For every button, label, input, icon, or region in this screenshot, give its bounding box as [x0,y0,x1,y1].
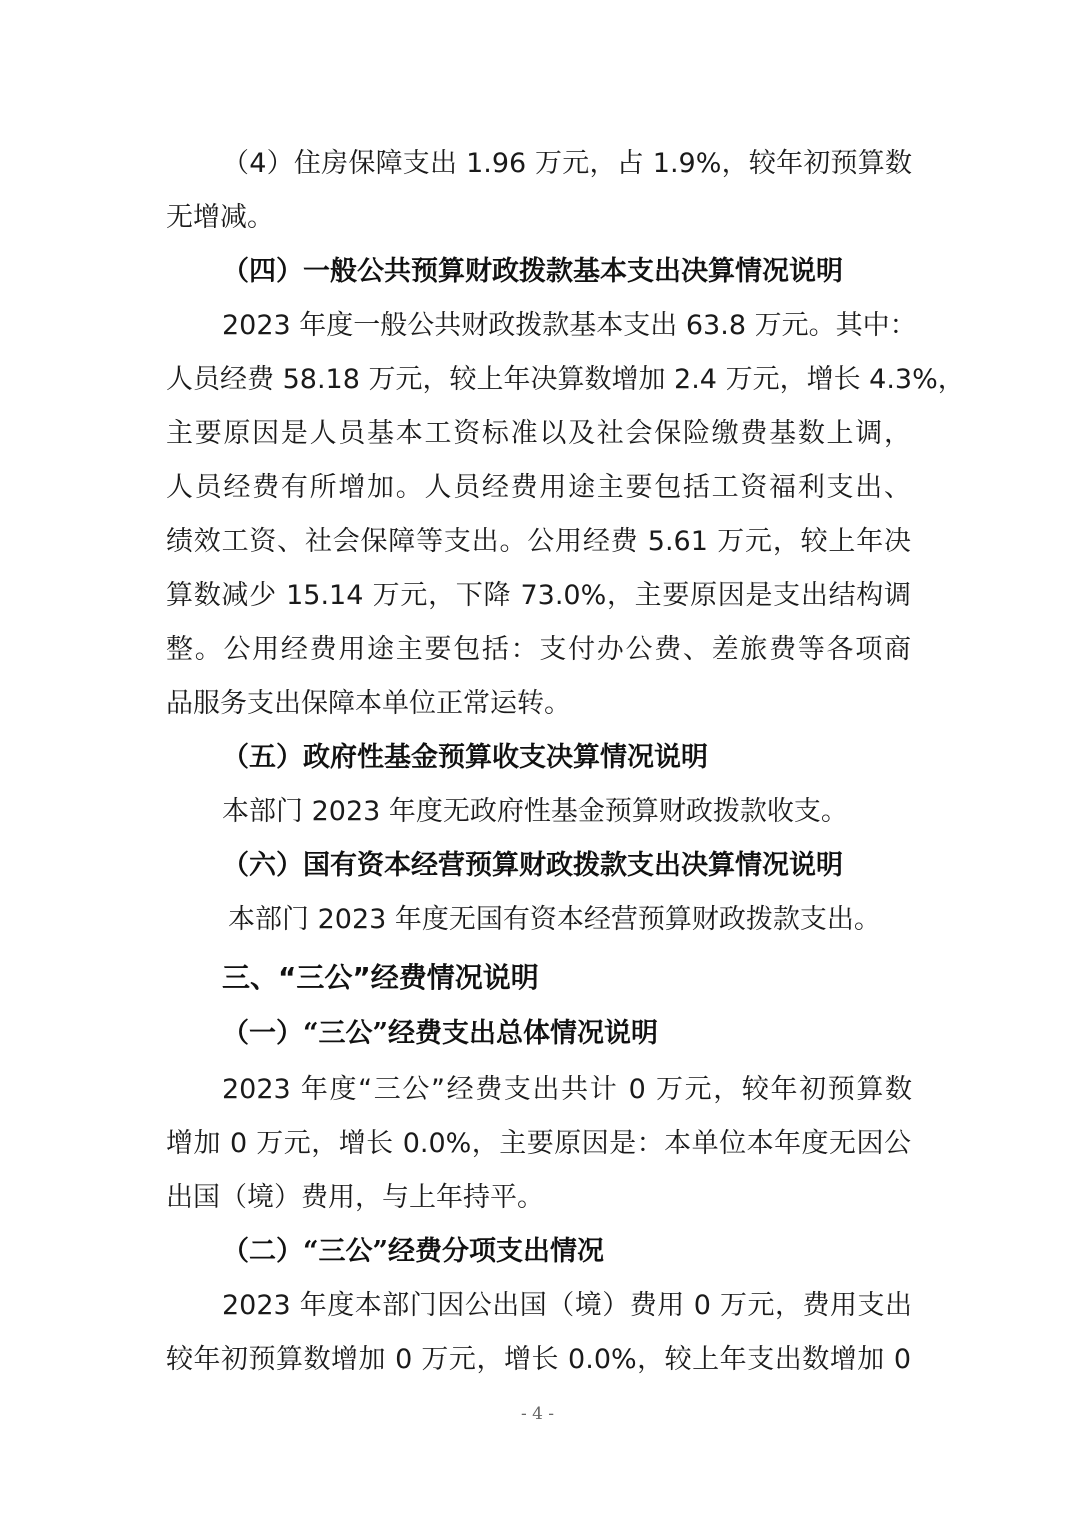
page-number: - 4 - [0,1404,1075,1424]
document-page: （4）住房保障支出 1.96 万元，占 1.9%，较年初预算数 无增减。 （四）… [0,0,1075,1520]
paragraph-line: 本部门 2023 年度无政府性基金预算财政拨款收支。 [222,794,848,830]
section-heading-5: （五）政府性基金预算收支决算情况说明 [222,740,708,776]
section-heading-3-2: （二）“三公”经费分项支出情况 [222,1234,604,1270]
paragraph-line: 主要原因是人员基本工资标准以及社会保险缴费基数上调， [166,416,911,452]
section-heading-4: （四）一般公共预算财政拨款基本支出决算情况说明 [222,254,843,290]
paragraph-line: 2023 年度一般公共财政拨款基本支出 63.8 万元。其中： [222,308,912,344]
paragraph-line: 2023 年度本部门因公出国（境）费用 0 万元，费用支出 [222,1288,912,1324]
paragraph-line: 增加 0 万元，增长 0.0%，主要原因是：本单位本年度无因公 [166,1126,911,1162]
section-heading-6: （六）国有资本经营预算财政拨款支出决算情况说明 [222,848,843,884]
paragraph-line: 品服务支出保障本单位正常运转。 [166,686,571,722]
paragraph-line: 本部门 2023 年度无国有资本经营预算财政拨款支出。 [228,902,881,938]
paragraph-line: 人员经费 58.18 万元，较上年决算数增加 2.4 万元，增长 4.3%， [166,362,911,398]
paragraph-line: 绩效工资、社会保障等支出。公用经费 5.61 万元，较上年决 [166,524,911,560]
paragraph-line: （4）住房保障支出 1.96 万元，占 1.9%，较年初预算数 [222,146,912,182]
paragraph-line: 整。公用经费用途主要包括：支付办公费、差旅费等各项商 [166,632,911,668]
paragraph-line: 出国（境）费用，与上年持平。 [166,1180,544,1216]
paragraph-line: 2023 年度“三公”经费支出共计 0 万元，较年初预算数 [222,1072,912,1108]
paragraph-line: 算数减少 15.14 万元，下降 73.0%，主要原因是支出结构调 [166,578,911,614]
section-heading-3-1: （一）“三公”经费支出总体情况说明 [222,1016,658,1052]
paragraph-line: 无增减。 [166,200,274,236]
chapter-heading-3: 三、“三公”经费情况说明 [222,960,539,996]
paragraph-line: 较年初预算数增加 0 万元，增长 0.0%，较上年支出数增加 0 [166,1342,911,1378]
paragraph-line: 人员经费有所增加。人员经费用途主要包括工资福利支出、 [166,470,911,506]
